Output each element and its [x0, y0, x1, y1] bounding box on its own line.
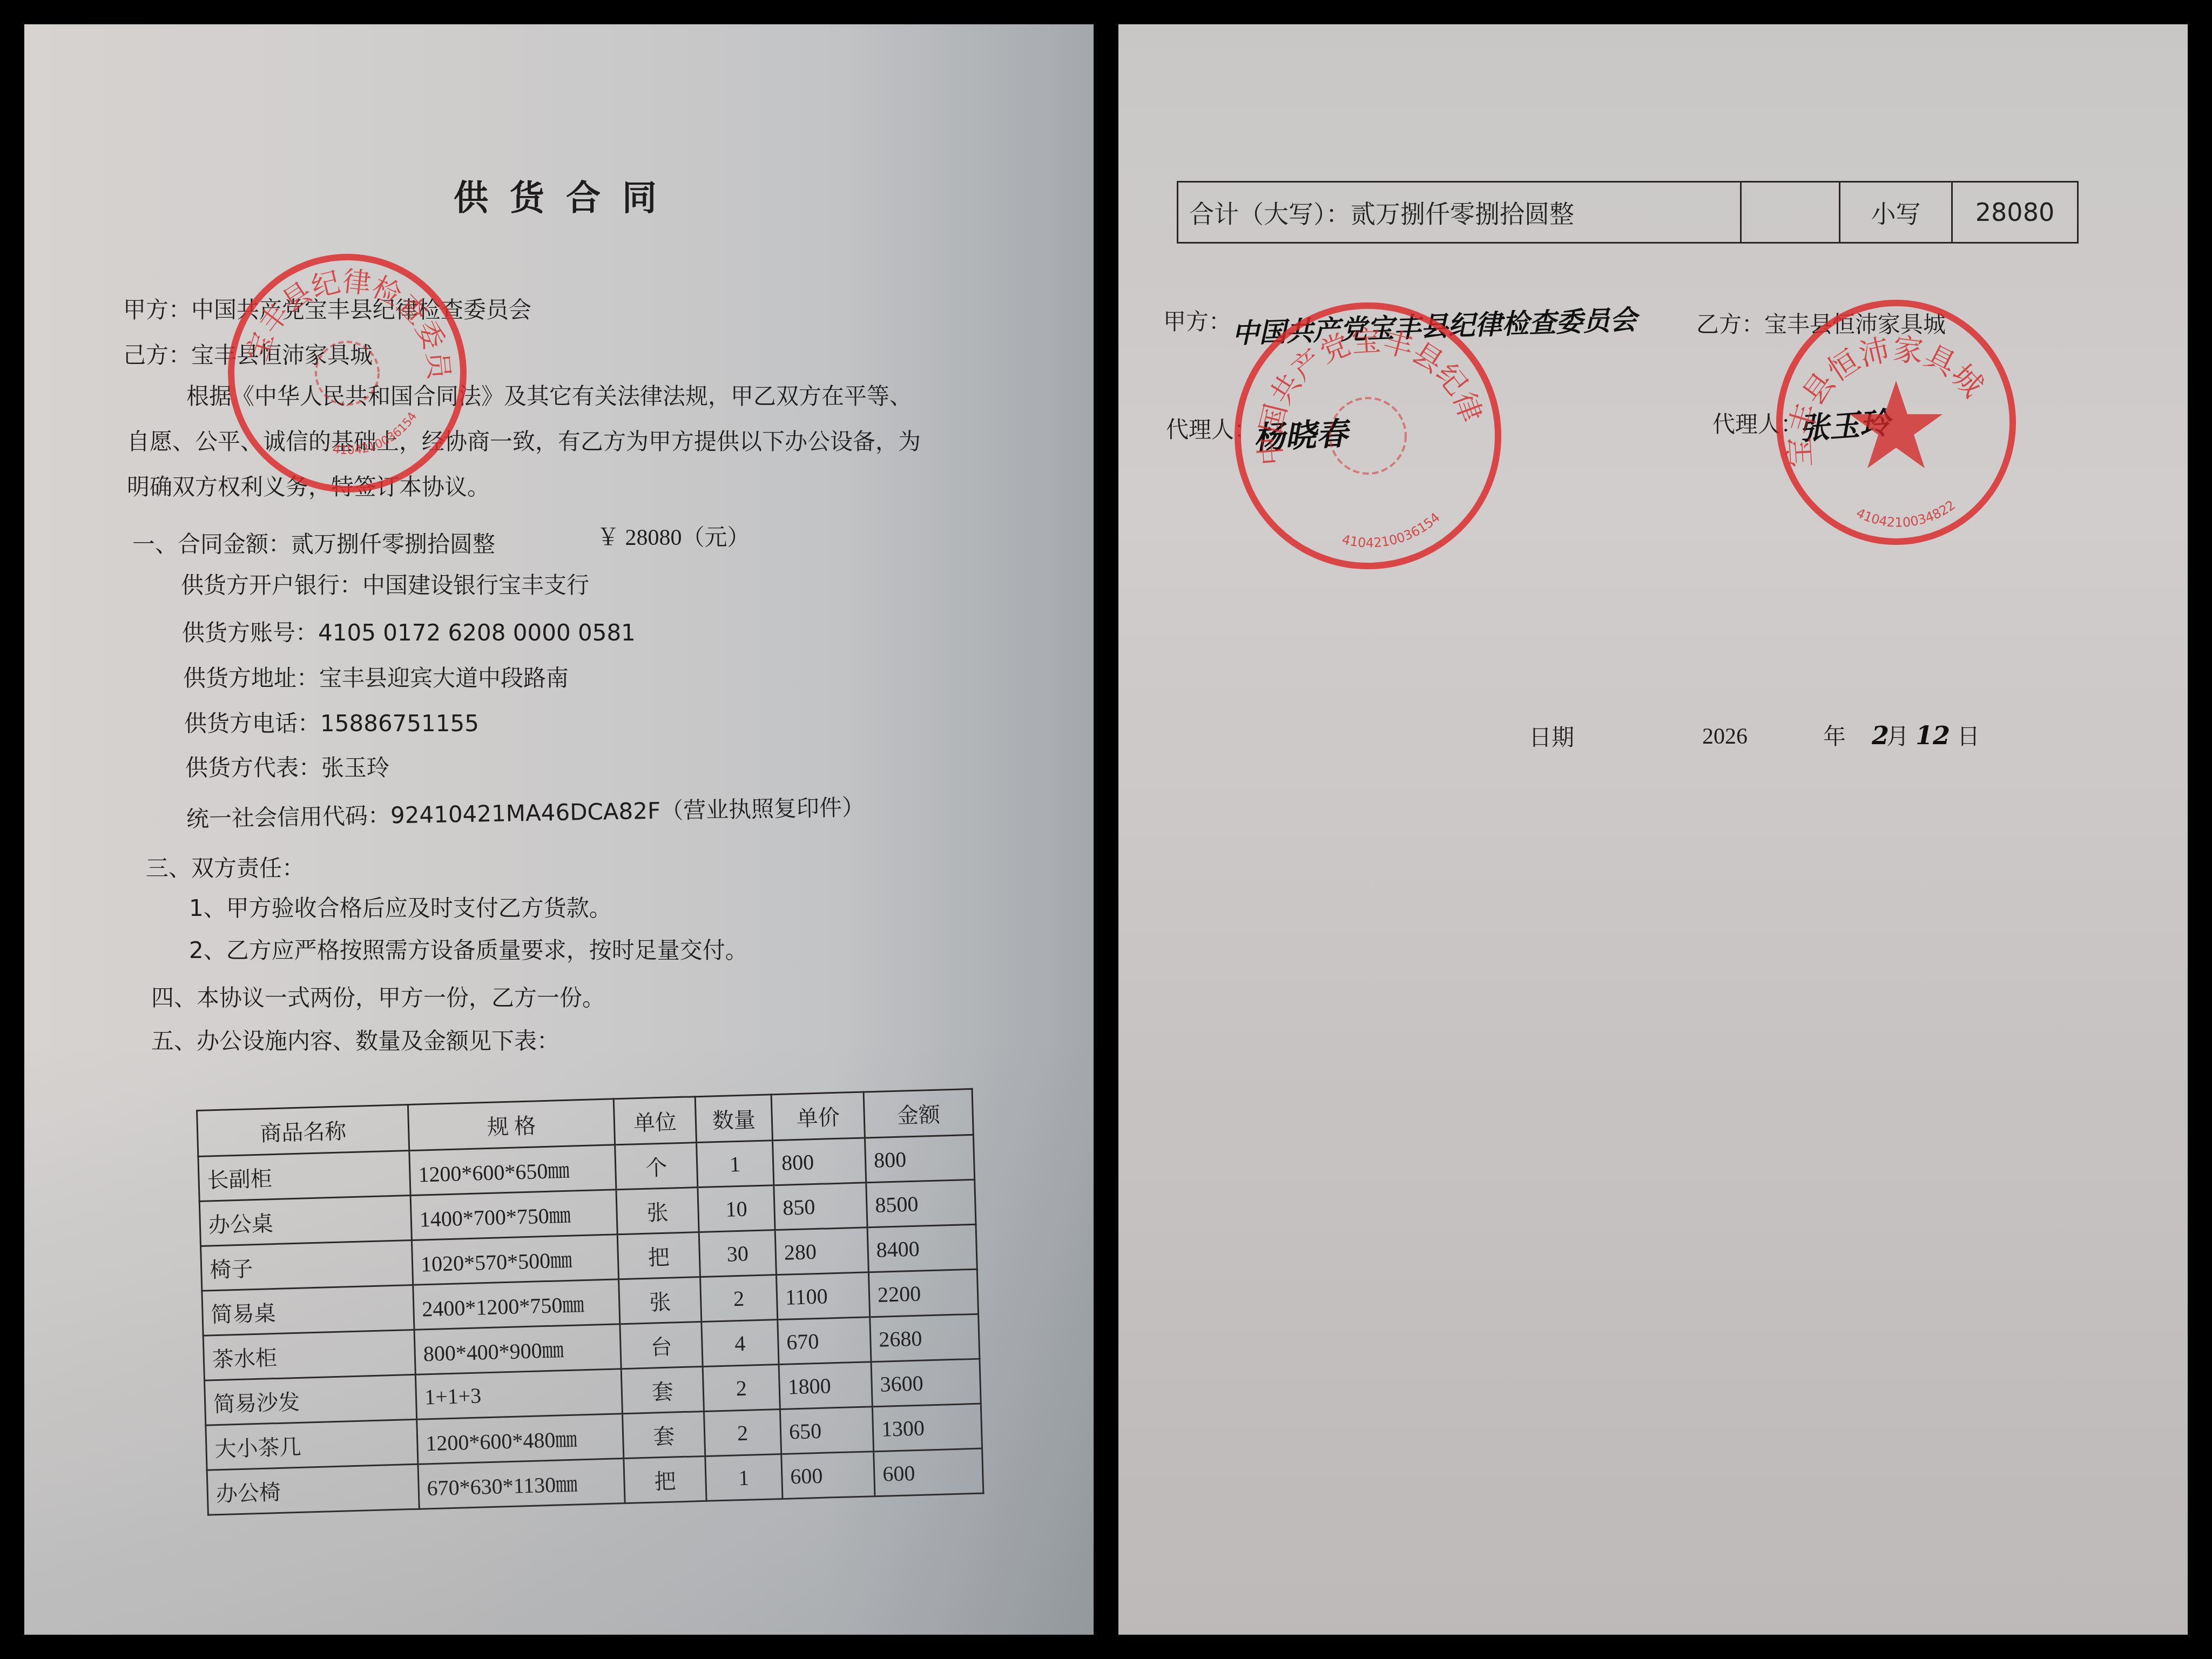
supplier-representative: 供货方代表：张玉玲: [185, 757, 389, 779]
item-amount: 800: [865, 1135, 974, 1183]
agent-a-signature: 杨晓春: [1252, 408, 1348, 458]
seal-code: 4104210036154: [1340, 510, 1443, 551]
item-amount: 8400: [867, 1224, 977, 1272]
preamble-line: 自愿、公平、诚信的基础上，经协商一致，有乙方为甲方提供以下办公设备，为: [127, 430, 921, 453]
credit-code: 统一社会信用代码：92410421MA46DCA82F（营业执照复印件）: [186, 796, 865, 831]
item-name: 茶水柜: [203, 1330, 415, 1380]
item-unit: 张: [619, 1277, 702, 1324]
item-price: 670: [778, 1317, 871, 1365]
item-spec: 670*630*1130㎜: [418, 1459, 625, 1509]
preamble-line: 明确双方权利义务，特签订本协议。: [127, 476, 490, 498]
item-price: 650: [780, 1407, 873, 1454]
item-amount: 1300: [872, 1404, 982, 1452]
item-spec: 1+1+3: [415, 1369, 622, 1420]
svg-text:4104210034822: 4104210034822: [1854, 497, 1958, 530]
agent-b-signature: 张玉玲: [1797, 399, 1891, 449]
item-price: 1100: [776, 1272, 869, 1320]
col-header-unit: 单位: [613, 1097, 696, 1145]
item-unit: 套: [621, 1366, 704, 1413]
item-qty: 1: [697, 1141, 774, 1188]
svg-text:4104210036154: 4104210036154: [1340, 510, 1443, 551]
contract-title: 供货合同: [454, 170, 678, 220]
item-amount: 3600: [871, 1359, 981, 1407]
item-unit: 个: [615, 1143, 698, 1190]
col-header-spec: 规 格: [408, 1099, 615, 1151]
item-name: 椅子: [201, 1240, 413, 1291]
item-spec: 800*400*900㎜: [414, 1324, 621, 1375]
items-table: 商品名称 规 格 单位 数量 单价 金额 长副柜1200*600*650㎜个18…: [196, 1088, 984, 1516]
item-spec: 1200*600*650㎜: [409, 1145, 616, 1196]
item-amount: 600: [874, 1448, 983, 1496]
item-unit: 把: [624, 1456, 706, 1503]
item-amount: 8500: [866, 1179, 976, 1228]
item-name: 办公桌: [199, 1195, 412, 1246]
item-unit: 张: [616, 1188, 699, 1235]
responsibilities-heading: 三、双方责任：: [146, 857, 305, 880]
item-qty: 1: [705, 1454, 783, 1501]
item-qty: 30: [699, 1230, 776, 1277]
item-amount: 2680: [870, 1314, 980, 1362]
official-seal: 宝丰县纪律检查委员会 4104210036154: [228, 254, 467, 493]
party-a-label: 甲方：: [1163, 311, 1231, 333]
responsibility-item: 2、乙方应严格按照需方设备质量要求，按时足量交付。: [189, 939, 748, 962]
item-name: 大小茶几: [206, 1419, 418, 1470]
item-unit: 套: [623, 1411, 705, 1458]
item-price: 600: [781, 1452, 875, 1499]
responsibility-item: 1、甲方验收合格后应及时支付乙方货款。: [189, 897, 612, 920]
supplier-address: 供货方地址：宝丰县迎宾大道中段路南: [183, 667, 569, 690]
item-spec: 2400*1200*750㎜: [413, 1279, 620, 1330]
item-spec: 1400*700*750㎜: [410, 1190, 617, 1240]
total-small-value: 28080: [1952, 182, 2078, 243]
total-table: 合计（大写）：贰万捌仟零捌拾圆整 小写 28080: [1177, 181, 2079, 244]
col-header-qty: 数量: [695, 1095, 772, 1143]
party-a-signature: 中国共产党宝丰县纪律检查委员会: [1231, 298, 1637, 351]
item-qty: 2: [703, 1365, 780, 1412]
amount-label: 一、合同金额：贰万捌仟零捌拾圆整: [132, 533, 495, 556]
amount-value: ￥ 28080（元）: [597, 527, 750, 549]
total-blank-cell: [1741, 182, 1840, 243]
agent-a-label: 代理人：: [1166, 419, 1257, 441]
item-unit: 台: [620, 1322, 703, 1369]
total-uppercase: 合计（大写）：贰万捌仟零捌拾圆整: [1178, 182, 1741, 243]
copies-clause: 四、本协议一式两份，甲方一份，乙方一份。: [151, 987, 605, 1009]
item-qty: 10: [698, 1185, 775, 1232]
item-price: 850: [774, 1183, 867, 1230]
contract-page-2: 合计（大写）：贰万捌仟零捌拾圆整 小写 28080 甲方： 中国共产党宝丰县纪律…: [1118, 24, 2188, 1635]
total-small-label: 小写: [1840, 182, 1952, 243]
seal-code: 4104210034822: [1854, 497, 1958, 530]
item-qty: 2: [704, 1410, 781, 1456]
date-day: 12: [1916, 721, 1950, 750]
supplier-bank: 供货方开户银行：中国建设银行宝丰支行: [181, 574, 589, 597]
date-label: 日期: [1529, 726, 1574, 749]
total-row: 合计（大写）：贰万捌仟零捌拾圆整 小写 28080: [1178, 182, 2078, 243]
table-intro: 五、办公设施内容、数量及金额见下表：: [151, 1030, 559, 1053]
contract-page-1: 供货合同 甲方：中国共产党宝丰县纪律检查委员会 己方：宝丰县恒沛家具城 根据《中…: [24, 24, 1094, 1635]
item-price: 800: [772, 1138, 866, 1185]
date-year-unit: 年: [1823, 725, 1846, 748]
item-qty: 2: [700, 1275, 778, 1322]
item-price: 280: [775, 1228, 868, 1275]
date-month-unit: 月: [1886, 725, 1909, 748]
party-b-line: 己方：宝丰县恒沛家具城: [123, 344, 373, 367]
item-name: 办公椅: [207, 1464, 419, 1515]
party-b-line: 乙方：宝丰县恒沛家具城: [1696, 313, 1946, 336]
party-a-line: 甲方：中国共产党宝丰县纪律检查委员会: [123, 299, 531, 321]
date-year: 2026: [1702, 725, 1748, 748]
item-name: 长副柜: [198, 1151, 410, 1202]
col-header-amount: 金额: [864, 1089, 973, 1138]
item-spec: 1200*600*480㎜: [417, 1414, 624, 1465]
date-day-unit: 日: [1957, 725, 1980, 748]
supplier-account: 供货方账号：4105 0172 6208 0000 0581: [182, 622, 636, 644]
item-price: 1800: [779, 1362, 872, 1410]
preamble-line: 根据《中华人民共和国合同法》及其它有关法律法规，甲乙双方在平等、: [186, 385, 912, 408]
item-spec: 1020*570*500㎜: [412, 1235, 618, 1285]
col-header-price: 单价: [771, 1092, 865, 1141]
col-header-name: 商品名称: [197, 1105, 409, 1157]
item-name: 简易沙发: [205, 1374, 417, 1425]
item-qty: 4: [702, 1320, 779, 1367]
agent-b-label: 代理人：: [1712, 413, 1803, 436]
supplier-phone: 供货方电话：15886751155: [184, 712, 479, 735]
item-amount: 2200: [868, 1269, 978, 1317]
item-unit: 把: [617, 1232, 700, 1279]
item-name: 简易桌: [202, 1285, 414, 1336]
